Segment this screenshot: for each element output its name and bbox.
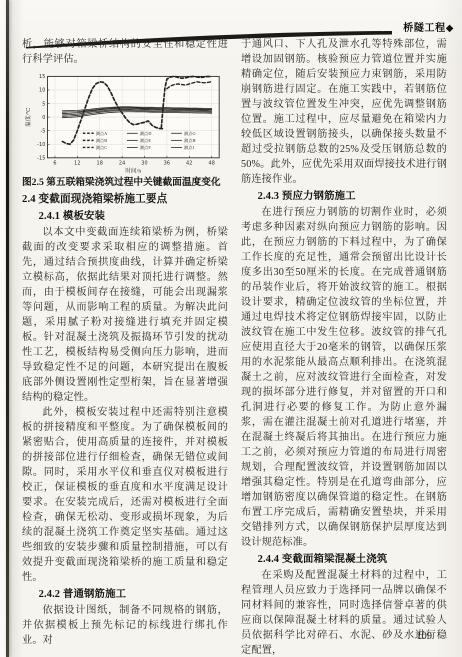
section-heading-2-4-1: 2.4.1 模板安装 <box>22 209 228 224</box>
svg-text:0: 0 <box>42 115 45 121</box>
svg-text:测点B: 测点B <box>96 137 108 144</box>
svg-text:测点E: 测点E <box>140 137 152 144</box>
page-spine-shadow <box>6 0 9 657</box>
paragraph-continuation: 于通风口、下人孔及泄水孔等特殊部位，需增设加固钢筋。核验预应力管道位置并实施精确… <box>241 37 447 187</box>
diamond-icon: ◆ <box>446 23 454 34</box>
svg-text:18: 18 <box>96 161 103 167</box>
figure-2-5: 612182430364248-15-10-5051015测点A测点B测点C测点… <box>22 71 228 189</box>
svg-text:5: 5 <box>42 101 45 107</box>
page-number: 109 <box>416 631 432 642</box>
svg-text:测点F: 测点F <box>140 144 152 151</box>
paragraph: 此外，模板安装过程中还需特别注意模板的拼接精度和平整度。为了确保模板间的紧密贴合… <box>22 405 228 585</box>
paragraph: 在采购及配置混凝土材料的过程中，工程管理人员应致力于选择同一品牌以确保不同材料间… <box>241 568 447 657</box>
svg-text:24: 24 <box>119 161 126 167</box>
svg-text:测点G: 测点G <box>184 130 196 137</box>
two-column-body: 析，能够对箱梁桥结构的安全性和稳定性进行科学评估。 61218243036424… <box>22 37 447 657</box>
left-column: 析，能够对箱梁桥结构的安全性和稳定性进行科学评估。 61218243036424… <box>22 37 228 657</box>
svg-text:6: 6 <box>53 161 56 167</box>
paragraph: 以本文中变截面连续箱梁桥为例，桥梁截面的改变要求采取相应的调整措施。首先，通过结… <box>22 225 228 405</box>
svg-text:48: 48 <box>208 161 215 167</box>
svg-text:30: 30 <box>141 161 148 167</box>
svg-text:测点A: 测点A <box>96 130 108 137</box>
svg-text:-5: -5 <box>40 128 45 134</box>
svg-text:-10: -10 <box>37 142 45 148</box>
svg-text:15: 15 <box>39 74 46 80</box>
svg-text:12: 12 <box>74 161 81 167</box>
section-heading-2-4-2: 2.4.2 普通钢筋施工 <box>22 587 228 602</box>
svg-text:测点C: 测点C <box>96 144 108 151</box>
svg-text:测点H: 测点H <box>184 137 196 144</box>
svg-text:42: 42 <box>186 161 193 167</box>
figure-caption: 图2.5 第五联箱梁浇筑过程中关键截面温度变化 <box>22 176 228 189</box>
right-column: 于通风口、下人孔及泄水孔等特殊部位，需增设加固钢筋。核验预应力管道位置并实施精确… <box>241 37 447 657</box>
svg-text:-15: -15 <box>37 156 45 162</box>
svg-text:温度/℃: 温度/℃ <box>24 107 32 126</box>
temperature-chart: 612182430364248-15-10-5051015测点A测点B测点C测点… <box>22 71 228 174</box>
svg-text:10: 10 <box>39 88 46 94</box>
svg-text:36: 36 <box>164 161 171 167</box>
section-heading-2-4: 2.4 变截面现浇箱梁桥施工要点 <box>22 192 228 207</box>
svg-text:测点D: 测点D <box>140 130 152 137</box>
svg-text:时间/h: 时间/h <box>125 167 141 174</box>
header-title: 桥隧工程◆ <box>403 19 454 34</box>
paragraph: 依据设计图纸，制备不同规格的钢筋，并依据模板上预先标记的标线进行绑扎作业。对 <box>22 603 228 648</box>
scanned-page: 桥隧工程◆ 析，能够对箱梁桥结构的安全性和稳定性进行科学评估。 61218243… <box>0 0 462 657</box>
section-heading-2-4-3: 2.4.3 预应力钢筋施工 <box>241 189 447 204</box>
section-heading-2-4-4: 2.4.4 变截面箱梁混凝土浇筑 <box>241 552 447 567</box>
paragraph-continuation: 析，能够对箱梁桥结构的安全性和稳定性进行科学评估。 <box>22 37 228 67</box>
header-title-text: 桥隧工程 <box>403 23 445 34</box>
svg-text:测点I: 测点I <box>184 144 195 151</box>
paragraph: 在进行预应力钢筋的切割作业时，必须考虑多种因素对纵向预应力钢筋的影响。因此，在预… <box>241 205 447 550</box>
